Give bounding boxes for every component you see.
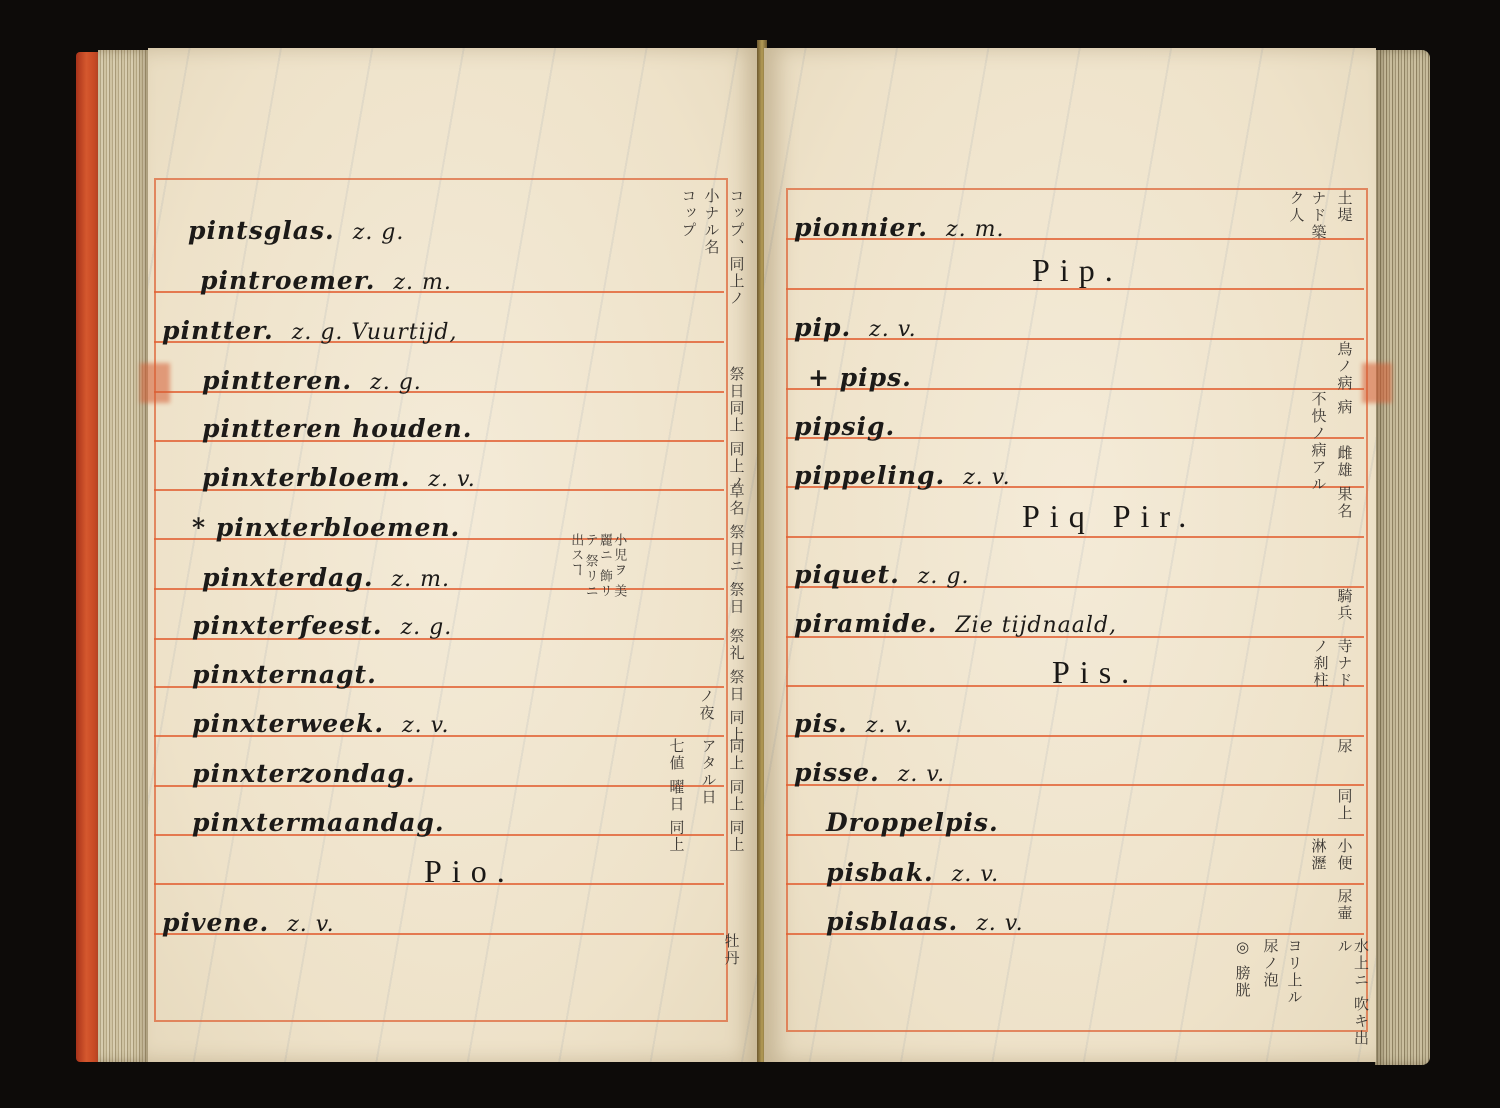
japanese-note: 小ナル名 (703, 188, 720, 256)
section-heading: Pip. (1032, 252, 1123, 289)
japanese-note: ノ夜 (698, 688, 715, 722)
entry: pipsig. (794, 412, 913, 441)
red-margin-mark (1362, 363, 1392, 403)
entry: pinxterweek.z. v. (192, 709, 449, 738)
entry: pinxterdag.z. m. (202, 563, 450, 592)
japanese-note: 淋瀝 (1310, 838, 1327, 872)
entry: * pinxterbloemen. (192, 513, 478, 542)
japanese-note: 水上ニ 吹キ出ル (1336, 938, 1369, 1058)
left-page-stack (98, 50, 150, 1062)
japanese-note: 土堤 (1336, 190, 1353, 224)
japanese-note: ク人 (1288, 190, 1305, 224)
entry: pintsglas.z. g. (188, 216, 404, 245)
japanese-note: 尿ノ泡 (1262, 938, 1279, 989)
entry: pinxterfeest.z. g. (192, 611, 452, 640)
japanese-note: アタル日 (700, 738, 717, 806)
japanese-note: 雌雄 果名 (1336, 445, 1353, 555)
entry: + pips. (808, 363, 930, 392)
japanese-note: コップ (680, 188, 697, 239)
entry: piramide.Zie tijdnaald, (794, 609, 1117, 638)
entry: pip.z. v. (794, 313, 917, 342)
japanese-note: ◎ 膀胱 (1234, 938, 1251, 999)
entry: pis.z. v. (794, 709, 913, 738)
japanese-note: ノ刹柱 (1312, 638, 1329, 689)
japanese-note: 尿壷 (1336, 888, 1353, 922)
japanese-note: 牡丹 (723, 933, 740, 967)
japanese-note: 祭礼 祭日 同上 (728, 628, 745, 748)
rule-line (786, 536, 1364, 538)
entry: pisblaas.z. v. (826, 907, 1024, 936)
entry: pisse.z. v. (794, 758, 945, 787)
right-page: pionnier.z. m. Pip. pip.z. v. + pips. pi… (764, 48, 1376, 1062)
entry: pivene.z. v. (162, 908, 335, 937)
entry: piquet.z. g. (794, 560, 969, 589)
japanese-note: 七値 曜日 同上 (668, 738, 685, 858)
section-heading: Pio. (424, 853, 515, 890)
japanese-note: 同上 同上 同上 (728, 738, 745, 898)
red-margin-mark (140, 363, 170, 403)
japanese-note: ナド築 (1310, 190, 1327, 241)
entry: pippeling.z. v. (794, 461, 1011, 490)
entry: pisbak.z. v. (826, 858, 999, 887)
japanese-note: 鳥ノ病 病 (1336, 341, 1353, 441)
left-page: pintsglas.z. g. pintroemer.z. m. pintter… (148, 48, 760, 1062)
entry: Droppelpis. (826, 808, 1017, 837)
japanese-note: 小便 (1336, 838, 1353, 872)
entry: pintter.z. g. Vuurtijd, (162, 316, 458, 345)
open-book: pintsglas.z. g. pintroemer.z. m. pintter… (0, 0, 1500, 1108)
entry: pintteren.z. g. (202, 366, 422, 395)
entry: pionnier.z. m. (794, 213, 1004, 242)
right-page-stack (1375, 50, 1430, 1065)
entry: pinxtermaandag. (192, 808, 463, 837)
entry: pinxterzondag. (192, 759, 434, 788)
entry: pintroemer.z. m. (200, 266, 452, 295)
section-heading: Pis. (1052, 654, 1139, 691)
japanese-note: ヨリ上ル (1286, 938, 1303, 1006)
japanese-note: 尿 (1336, 738, 1353, 755)
section-heading: Piq Pir. (1022, 498, 1196, 535)
japanese-note: 小児ヲ 美麗ニ 飾リテ 祭リニ 出スヿ (568, 533, 625, 613)
entry: pinxternagt. (192, 660, 395, 689)
japanese-note: 不快ノ病アル (1310, 391, 1327, 501)
entry: pinxterbloem.z. v. (202, 463, 476, 492)
japanese-note: 同上 (1336, 788, 1353, 822)
japanese-note: 騎兵 (1336, 588, 1353, 622)
entry: pintteren houden. (202, 414, 490, 443)
ruled-frame (154, 178, 728, 1022)
japanese-note: 寺ナド (1336, 638, 1353, 689)
